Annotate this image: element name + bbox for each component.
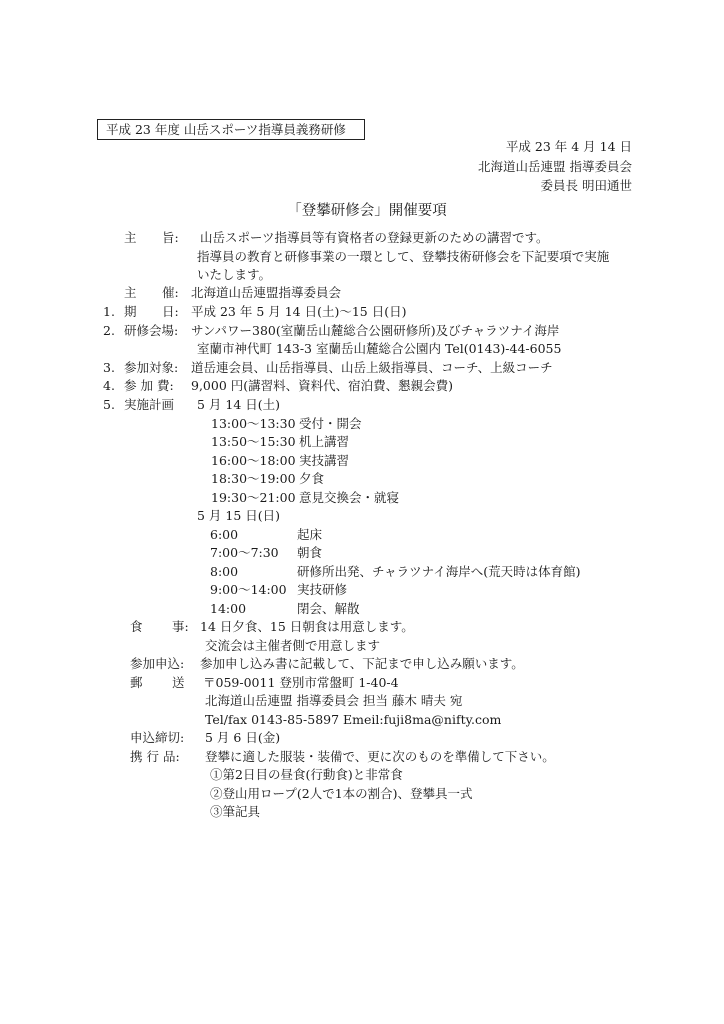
mail-contact-line: Tel/fax 0143-85-5897 Emeil:fuji8ma@nifty… bbox=[205, 711, 501, 729]
issuing-organization: 北海道山岳連盟 指導委員会 bbox=[478, 157, 632, 177]
target-number: 3. bbox=[103, 359, 115, 377]
schedule-activity: 机上講習 bbox=[299, 433, 349, 451]
purpose-label-b: 旨: bbox=[162, 229, 179, 247]
schedule-activity: 意見交換会・就寝 bbox=[299, 489, 399, 507]
schedule-time: 9:00～14:00 bbox=[210, 581, 287, 599]
target-value: 道岳連会員、山岳指導員、山岳上級指導員、コーチ、上級コーチ bbox=[191, 359, 553, 377]
schedule-activity: 朝食 bbox=[297, 544, 322, 562]
venue-line: 室蘭市神代町 143-3 室蘭岳山麓総合公園内 Tel(0143)-44-605… bbox=[197, 340, 561, 358]
schedule-time: 19:30～21:00 bbox=[211, 489, 296, 507]
mail-label-a: 郵 bbox=[130, 674, 143, 692]
schedule-time: 14:00 bbox=[210, 600, 246, 618]
schedule-activity: 研修所出発、チャラツナイ海岸へ(荒天時は体育館) bbox=[297, 563, 581, 581]
purpose-line: 山岳スポーツ指導員等有資格者の登録更新のための講習です。 bbox=[200, 229, 549, 247]
mail-line: 〒059-0011 登別市常盤町 1-40-4 bbox=[203, 674, 399, 692]
schedule-time: 13:50～15:30 bbox=[211, 433, 296, 451]
schedule-activity: 起床 bbox=[297, 526, 322, 544]
host-value: 北海道山岳連盟指導委員会 bbox=[191, 284, 341, 302]
schedule-activity: 閉会、解散 bbox=[297, 600, 360, 618]
meals-line: 14 日夕食、15 日朝食は用意します。 bbox=[200, 618, 414, 636]
meals-label-b: 事: bbox=[172, 618, 189, 636]
schedule-activity: 受付・開会 bbox=[299, 415, 362, 433]
host-label-b: 催: bbox=[162, 284, 179, 302]
schedule-time: 16:00～18:00 bbox=[211, 452, 296, 470]
belongings-item: ①第2日目の昼食(行動食)と非常食 bbox=[210, 766, 403, 784]
application-label: 参加申込: bbox=[130, 655, 184, 673]
schedule-time: 13:00～13:30 bbox=[211, 415, 296, 433]
plan-day-date: 5 月 14 日(土) bbox=[197, 396, 280, 414]
issuer-block: 平成 23 年 4 月 14 日 北海道山岳連盟 指導委員会 委員長 明田通世 bbox=[478, 137, 632, 196]
belongings-item: ③筆記具 bbox=[210, 803, 260, 821]
purpose-label-a: 主 bbox=[124, 229, 137, 247]
purpose-line: いたします。 bbox=[197, 266, 271, 284]
mail-label-b: 送 bbox=[172, 674, 185, 692]
committee-chair: 委員長 明田通世 bbox=[478, 176, 632, 196]
application-value: 参加申し込み書に記載して、下記まで申し込み願います。 bbox=[200, 655, 524, 673]
date-label-b: 日: bbox=[162, 303, 179, 321]
mail-line: 北海道山岳連盟 指導委員会 担当 藤木 晴夫 宛 bbox=[205, 692, 462, 710]
schedule-activity: 実技講習 bbox=[299, 452, 349, 470]
deadline-value: 5 月 6 日(金) bbox=[205, 729, 280, 747]
schedule-activity: 夕食 bbox=[299, 470, 324, 488]
belongings-label: 携 行 品: bbox=[130, 748, 180, 766]
venue-label: 研修会場: bbox=[124, 322, 178, 340]
training-category-box: 平成 23 年度 山岳スポーツ指導員義務研修 bbox=[97, 119, 365, 140]
meals-line: 交流会は主催者側で用意します bbox=[205, 637, 380, 655]
plan-number: 5. bbox=[103, 396, 115, 414]
schedule-time: 7:00～7:30 bbox=[210, 544, 279, 562]
deadline-label: 申込締切: bbox=[130, 729, 184, 747]
schedule-time: 8:00 bbox=[210, 563, 238, 581]
belongings-item: ②登山用ロープ(2人で1本の割合)、登攀具一式 bbox=[210, 785, 473, 803]
date-number: 1. bbox=[103, 303, 115, 321]
document-page: 平成 23 年度 山岳スポーツ指導員義務研修 平成 23 年 4 月 14 日 … bbox=[0, 0, 724, 1024]
schedule-activity: 実技研修 bbox=[297, 581, 347, 599]
schedule-time: 18:30～19:00 bbox=[211, 470, 296, 488]
fee-label: 参 加 費: bbox=[124, 377, 174, 395]
fee-number: 4. bbox=[103, 377, 115, 395]
schedule-time: 6:00 bbox=[210, 526, 238, 544]
target-label: 参加対象: bbox=[124, 359, 178, 377]
document-title: 「登攀研修会」開催要項 bbox=[0, 201, 724, 221]
plan-day-date: 5 月 15 日(日) bbox=[197, 507, 280, 525]
venue-line: サンパワー380(室蘭岳山麓総合公園研修所)及びチャラツナイ海岸 bbox=[191, 322, 559, 340]
venue-number: 2. bbox=[103, 322, 115, 340]
plan-label: 実施計画 bbox=[124, 396, 174, 414]
fee-value: 9,000 円(講習料、資料代、宿泊費、懇親会費) bbox=[191, 377, 453, 395]
date-label-a: 期 bbox=[124, 303, 137, 321]
purpose-line: 指導員の教育と研修事業の一環として、登攀技術研修会を下記要項で実施 bbox=[197, 248, 609, 266]
date-value: 平成 23 年 5 月 14 日(土)～15 日(日) bbox=[191, 303, 407, 321]
host-label-a: 主 bbox=[124, 284, 137, 302]
meals-label-a: 食 bbox=[130, 618, 143, 636]
belongings-intro: 登攀に適した服装・装備で、更に次のものを準備して下さい。 bbox=[205, 748, 555, 766]
issue-date: 平成 23 年 4 月 14 日 bbox=[478, 137, 632, 157]
